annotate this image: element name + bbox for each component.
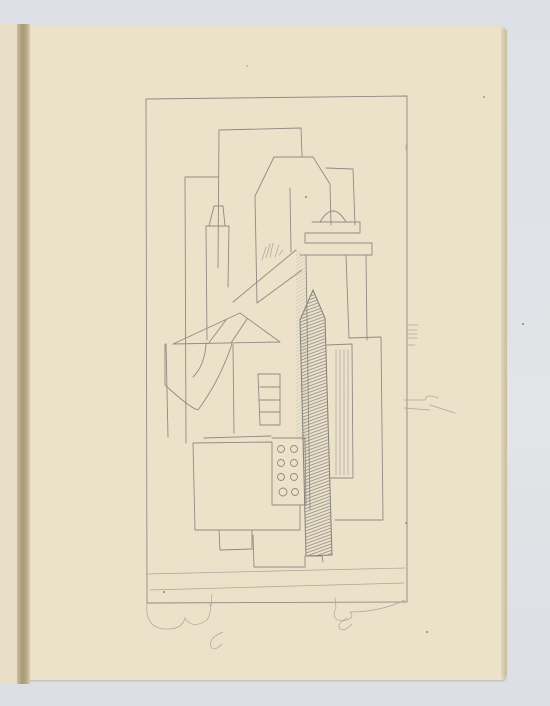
pointed-building bbox=[255, 157, 331, 303]
vertical-hatched-panel bbox=[327, 344, 353, 478]
circle-window-panel bbox=[272, 438, 306, 505]
fringe-marks bbox=[262, 243, 283, 260]
shield-shape bbox=[165, 343, 232, 410]
pencil-sketch bbox=[0, 0, 550, 706]
margin-marks bbox=[404, 325, 455, 413]
slanted-roof bbox=[173, 313, 280, 344]
diagonal-roof bbox=[233, 250, 302, 303]
frame-border bbox=[146, 96, 407, 603]
left-building bbox=[185, 177, 218, 443]
tall-tower bbox=[218, 128, 302, 268]
stacked-panels bbox=[258, 374, 280, 425]
paper-specks bbox=[163, 65, 524, 632]
shaded-obelisk bbox=[300, 290, 332, 556]
lower-box bbox=[193, 442, 300, 530]
